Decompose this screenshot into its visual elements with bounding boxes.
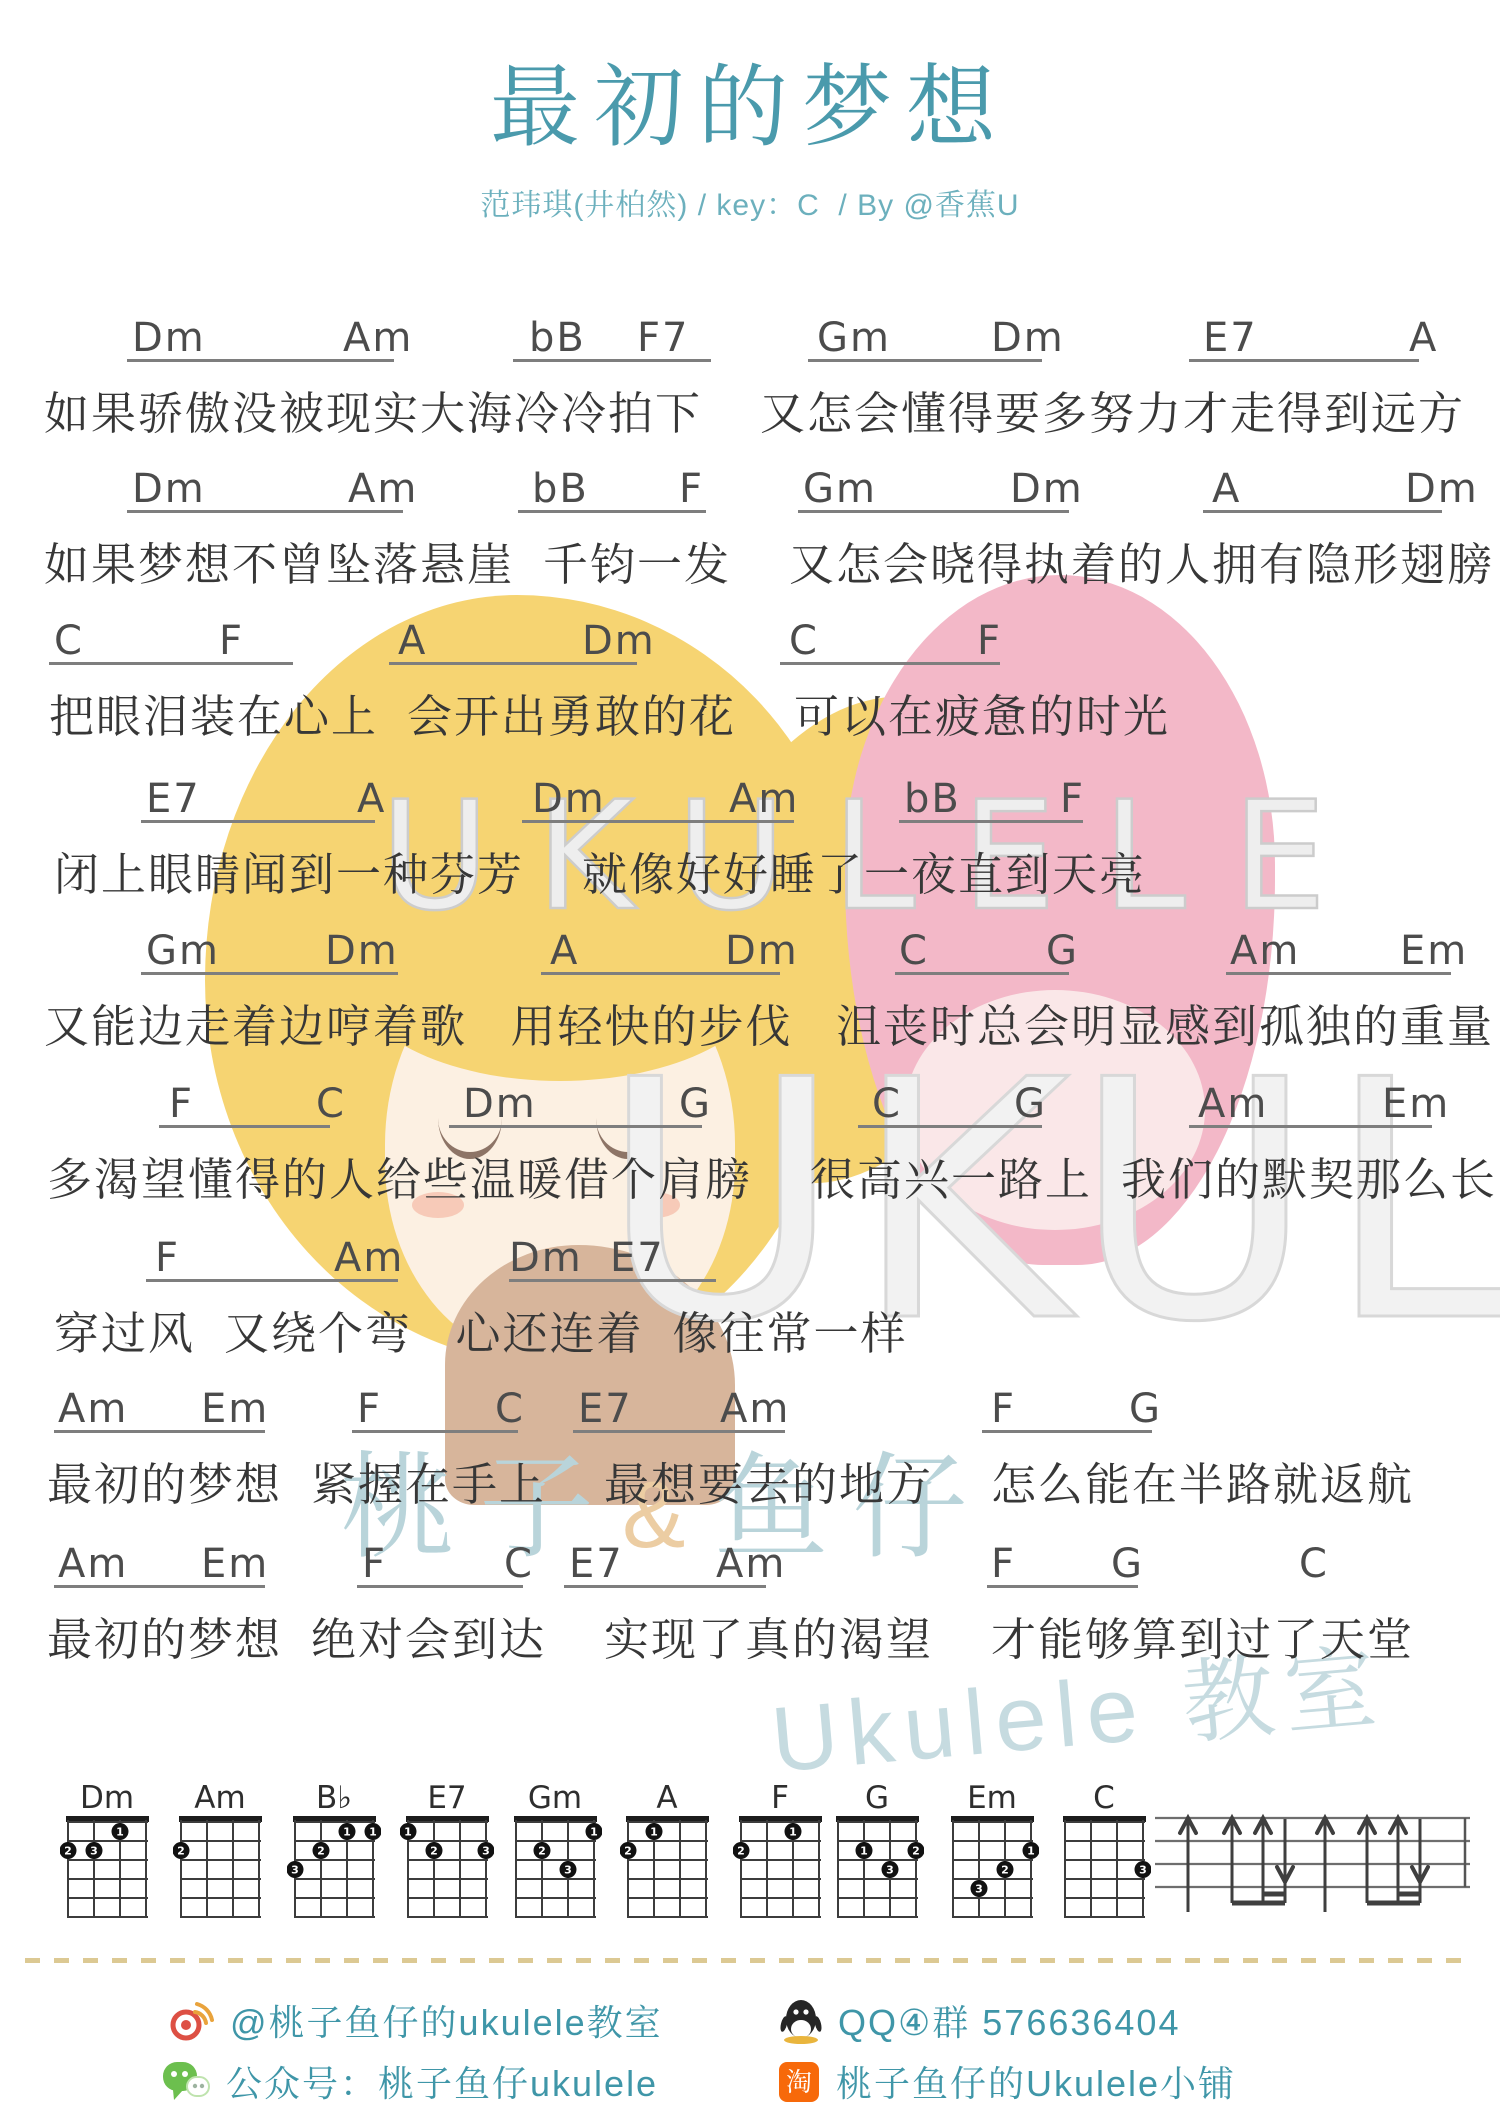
lyric-line: 如果梦想不曾坠落悬崖 千钧一发 又怎会晓得执着的人拥有隐形翅膀 [44,528,1494,593]
chord-sheet-page: UKULELE UKULELE 桃子&鱼仔 Ukulele 教室 最初的梦想 范… [0,0,1500,2123]
chord-label: E7 [1203,315,1258,361]
chord-label: G [679,1081,712,1127]
svg-text:淘: 淘 [786,2067,812,2097]
chord-diagram-label: E7 [400,1782,494,1814]
fretboard: 231 [60,1816,154,1922]
chord-label: E7 [569,1541,624,1587]
svg-text:2: 2 [1001,1864,1009,1877]
lyric-line: 闭上眼睛闻到一种芬芳 就像好好睡了一夜直到天亮 [54,838,1146,903]
chord-label: Em [1400,928,1468,974]
chord-label: Em [201,1386,269,1432]
svg-text:2: 2 [912,1845,920,1858]
chord-label: F [219,618,244,664]
fretboard: 123 [508,1816,602,1922]
lyric-line: 穿过风 又绕个弯 心还连着 像往常一样 [54,1297,908,1362]
wechat-icon [162,2060,210,2104]
chord-label: F [169,1081,194,1127]
chord-label: C [789,618,819,664]
chord-diagram-G: G123 [830,1782,924,1922]
fretboard: 123 [400,1816,494,1922]
chord-label: Gm [146,928,220,974]
svg-text:3: 3 [886,1864,894,1877]
svg-text:3: 3 [482,1845,490,1858]
chord-label: F [679,466,704,512]
chord-label: F7 [637,315,689,361]
song-line: CFADmCF把眼泪装在心上 会开出勇敢的花 可以在疲惫的时光 [0,618,1500,778]
chord-diagram-B♭: B♭1123 [287,1782,381,1922]
chord-label: Am [1230,928,1300,974]
song-subtitle: 范玮琪(井柏然) / key：C / By @香蕉U [0,180,1500,224]
fretboard: 1123 [287,1816,381,1922]
svg-text:1: 1 [369,1826,377,1839]
svg-text:2: 2 [177,1845,185,1858]
fretboard: 3 [1057,1816,1151,1922]
chord-label: F [977,618,1002,664]
chord-label: Am [716,1541,786,1587]
chord-label: F [362,1541,387,1587]
chord-diagram-F: F12 [733,1782,827,1922]
chord-label: A [1212,466,1241,512]
chord-diagram-E7: E7123 [400,1782,494,1922]
chord-label: F [357,1386,382,1432]
chord-label: C [1299,1541,1329,1587]
song-line: FCDmGCGAmEm多渴望懂得的人给些温暖借个肩膀 很高兴一路上 我们的默契那… [0,1081,1500,1241]
chord-label: Am [58,1541,128,1587]
chord-label: Dm [463,1081,537,1127]
chord-label: C [54,618,84,664]
song-line: AmEmFCE7AmFGC最初的梦想 绝对会到达 实现了真的渴望 才能够算到过了… [0,1541,1500,1701]
chord-label: F [1060,776,1085,822]
song-line: FAmDmE7穿过风 又绕个弯 心还连着 像往常一样 [0,1235,1500,1395]
chord-label: Em [1382,1081,1450,1127]
svg-text:2: 2 [430,1845,438,1858]
chord-label: Dm [1405,466,1479,512]
fretboard: 12 [620,1816,714,1922]
chord-label: Dm [532,776,606,822]
chord-label: bB [904,776,961,822]
chord-diagram-label: Am [173,1782,267,1814]
chord-label: Dm [132,466,206,512]
taobao-icon: 淘 [778,2061,820,2103]
qq-group: QQ④群 576636404 [780,1995,1180,2046]
wechat-text: 公众号：桃子鱼仔ukulele [226,2056,658,2107]
chord-label: C [899,928,929,974]
chord-label: Dm [582,618,656,664]
svg-text:2: 2 [538,1845,546,1858]
song-title: 最初的梦想 [0,34,1500,164]
song-line: E7ADmAmbBF闭上眼睛闻到一种芬芳 就像好好睡了一夜直到天亮 [0,776,1500,936]
chord-diagram-label: Gm [508,1782,602,1814]
weibo-icon [168,2000,214,2042]
chord-label: G [1014,1081,1047,1127]
chord-diagram-A: A12 [620,1782,714,1922]
chord-diagram-Am: Am2 [173,1782,267,1922]
chord-label: G [1129,1386,1162,1432]
chord-label: A [357,776,386,822]
chord-label: Dm [1010,466,1084,512]
svg-text:3: 3 [564,1864,572,1877]
chord-label: E7 [146,776,201,822]
chord-label: E7 [610,1235,665,1281]
dashed-divider [25,1958,1475,1963]
chord-label: Dm [509,1235,583,1281]
lyric-line: 把眼泪装在心上 会开出勇敢的花 可以在疲惫的时光 [49,680,1170,745]
chord-label: Am [58,1386,128,1432]
song-line: AmEmFCE7AmFG最初的梦想 紧握在手上 最想要去的地方 怎么能在半路就返… [0,1386,1500,1546]
svg-text:1: 1 [404,1826,412,1839]
weibo-text: @桃子鱼仔的ukulele教室 [230,1995,663,2046]
svg-text:1: 1 [1027,1845,1035,1858]
chord-label: Am [343,315,413,361]
chord-label: Am [729,776,799,822]
chord-label: Dm [725,928,799,974]
taobao-shop: 淘 桃子鱼仔的Ukulele小铺 [778,2056,1236,2107]
lyric-line: 最初的梦想 绝对会到达 实现了真的渴望 才能够算到过了天堂 [47,1603,1414,1668]
chord-underline [49,662,293,665]
svg-text:2: 2 [64,1845,72,1858]
chord-diagram-label: Dm [60,1782,154,1814]
chord-diagram-Gm: Gm123 [508,1782,602,1922]
chord-label: G [1046,928,1079,974]
lyric-line: 多渴望懂得的人给些温暖借个肩膀 很高兴一路上 我们的默契那么长 [47,1143,1497,1208]
svg-text:1: 1 [343,1826,351,1839]
chord-label: Am [348,466,418,512]
chord-diagram-label: B♭ [287,1782,381,1814]
lyric-line: 又能边走着边哼着歌 用轻快的步伐 沮丧时总会明显感到孤独的重量 [44,990,1494,1055]
qq-text: QQ④群 576636404 [838,1995,1180,2046]
chord-label: Gm [803,466,877,512]
chord-label: A [550,928,579,974]
chord-diagram-Dm: Dm231 [60,1782,154,1922]
fretboard: 123 [830,1816,924,1922]
chord-label: Dm [991,315,1065,361]
chord-diagram-label: G [830,1782,924,1814]
fretboard: 2 [173,1816,267,1922]
chord-label: A [1409,315,1438,361]
chord-diagram-Em: Em123 [945,1782,1039,1922]
svg-text:1: 1 [860,1845,868,1858]
svg-text:2: 2 [624,1845,632,1858]
chord-label: E7 [578,1386,633,1432]
wechat-account: 公众号：桃子鱼仔ukulele [162,2056,658,2107]
chord-label: Em [201,1541,269,1587]
taobao-text: 桃子鱼仔的Ukulele小铺 [836,2056,1236,2107]
chord-label: F [155,1235,180,1281]
lyric-line: 最初的梦想 紧握在手上 最想要去的地方 怎么能在半路就返航 [47,1448,1414,1513]
chord-diagram-label: Em [945,1782,1039,1814]
chord-label: C [872,1081,902,1127]
svg-text:2: 2 [317,1845,325,1858]
svg-text:1: 1 [789,1826,797,1839]
svg-text:1: 1 [590,1826,598,1839]
svg-text:1: 1 [650,1826,658,1839]
svg-text:3: 3 [1139,1864,1147,1877]
fretboard: 123 [945,1816,1039,1922]
svg-text:3: 3 [90,1845,98,1858]
chord-label: F [991,1541,1016,1587]
svg-text:3: 3 [975,1883,983,1896]
chord-diagram-label: A [620,1782,714,1814]
chord-label: bB [529,315,586,361]
chord-label: C [316,1081,346,1127]
chord-label: Am [1198,1081,1268,1127]
svg-text:2: 2 [737,1845,745,1858]
chord-label: C [495,1386,525,1432]
chord-label: G [1111,1541,1144,1587]
chord-label: C [504,1541,534,1587]
chord-label: Dm [132,315,206,361]
chord-label: Am [334,1235,404,1281]
fretboard: 12 [733,1816,827,1922]
weibo-account: @桃子鱼仔的ukulele教室 [168,1995,663,2046]
chord-diagram-label: C [1057,1782,1151,1814]
chord-label: Am [720,1386,790,1432]
lyric-line: 如果骄傲没被现实大海冷冷拍下 又怎会懂得要多努力才走得到远方 [44,377,1465,442]
song-line: DmAmbBFGmDmADm如果梦想不曾坠落悬崖 千钧一发 又怎会晓得执着的人拥… [0,466,1500,626]
song-line: DmAmbBF7GmDmE7A如果骄傲没被现实大海冷冷拍下 又怎会懂得要多努力才… [0,315,1500,475]
qq-icon [780,1998,822,2044]
strum-pattern [1155,1806,1470,1918]
chord-label: bB [532,466,589,512]
song-line: GmDmADmCGAmEm又能边走着边哼着歌 用轻快的步伐 沮丧时总会明显感到孤… [0,928,1500,1088]
chord-label: A [398,618,427,664]
chord-label: F [991,1386,1016,1432]
svg-text:3: 3 [291,1864,299,1877]
chord-diagram-C: C3 [1057,1782,1151,1922]
chord-label: Gm [817,315,891,361]
chord-diagram-label: F [733,1782,827,1814]
svg-text:1: 1 [116,1826,124,1839]
chord-label: Dm [325,928,399,974]
